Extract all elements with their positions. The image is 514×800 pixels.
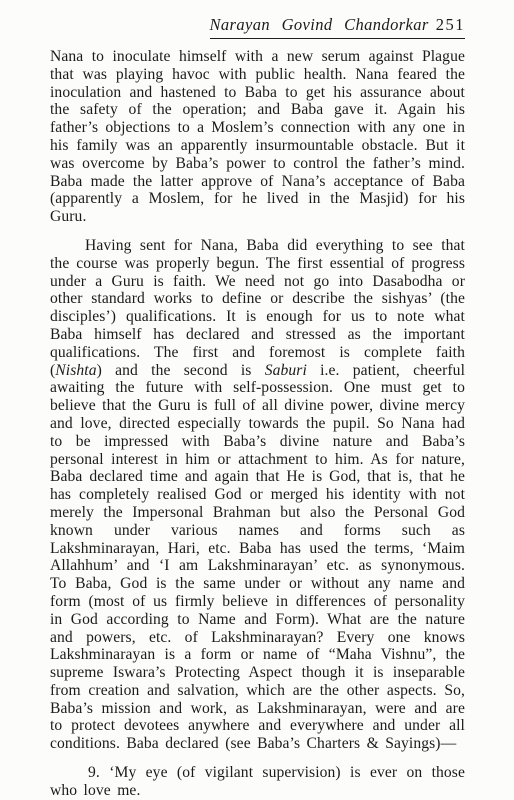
body-text: Nana to inoculate himself with a new ser… <box>50 48 465 800</box>
italic-text-run: Saburi <box>265 362 307 379</box>
running-head-title: Narayan Govind Chandorkar <box>210 15 429 34</box>
paragraph: Having sent for Nana, Baba did everythin… <box>50 237 465 753</box>
page-header: Narayan Govind Chandorkar251 <box>0 0 514 39</box>
running-head: Narayan Govind Chandorkar251 <box>210 15 466 39</box>
italic-text-run: Nishta <box>55 362 96 379</box>
text-run: i.e. patient, cheerful awaiting the futu… <box>50 362 465 753</box>
text-run: Nana to inoculate himself with a new ser… <box>50 48 465 225</box>
text-run: 9. ‘My eye (of vigilant supervision) is … <box>50 764 465 799</box>
paragraph: Nana to inoculate himself with a new ser… <box>50 48 465 226</box>
page-number: 251 <box>436 15 465 34</box>
text-run: ) and the second is <box>97 362 265 379</box>
paragraph: 9. ‘My eye (of vigilant supervision) is … <box>50 764 465 800</box>
book-page: Narayan Govind Chandorkar251 Nana to ino… <box>0 0 514 800</box>
text-run: Having sent for Nana, Baba did everythin… <box>50 237 465 379</box>
